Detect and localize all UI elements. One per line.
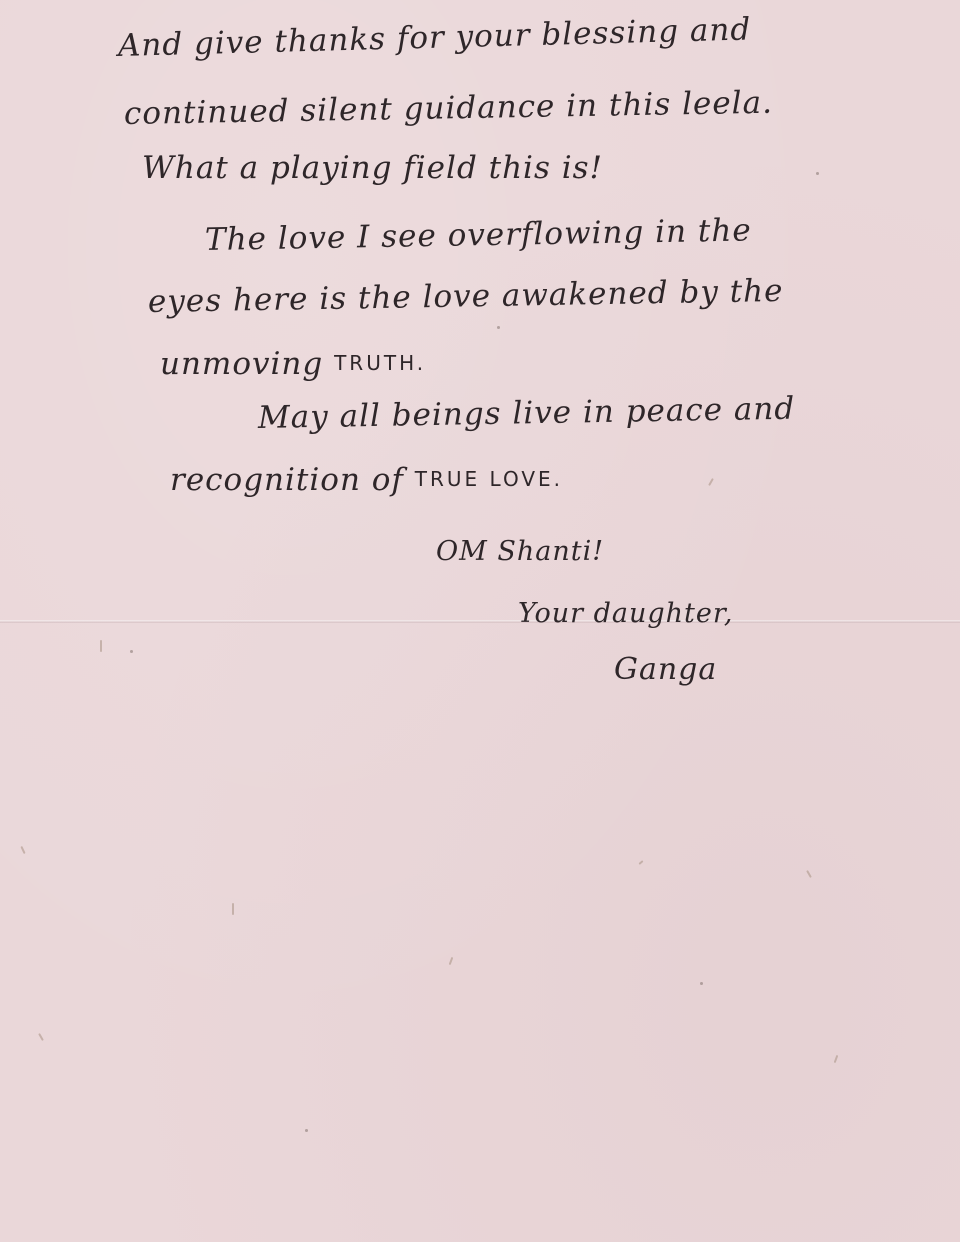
letter-word: recognition of bbox=[170, 462, 404, 498]
paper-fold-line bbox=[0, 620, 960, 623]
paper-dot bbox=[497, 326, 500, 329]
letter-line: What a playing field this is! bbox=[142, 150, 603, 186]
paper-speck bbox=[232, 903, 234, 915]
letter-line: And give thanks for your blessing and bbox=[118, 11, 752, 64]
paper-speck bbox=[20, 846, 25, 854]
letter-line: eyes here is the love awakened by the bbox=[148, 273, 784, 320]
letter-line: continued silent guidance in this leela. bbox=[124, 85, 773, 132]
paper-speck bbox=[708, 478, 714, 486]
letter-word: unmoving bbox=[160, 346, 323, 382]
closing-salutation: OM Shanti! bbox=[436, 536, 604, 567]
letter-line: May all beings live in peace and bbox=[258, 391, 796, 436]
paper-speck bbox=[100, 640, 102, 652]
paper-speck bbox=[834, 1055, 839, 1063]
paper-dot bbox=[305, 1129, 308, 1132]
paper-dot bbox=[700, 982, 703, 985]
signature: Ganga bbox=[614, 652, 717, 687]
letter-word-caps: TRUTH. bbox=[334, 351, 426, 375]
paper-speck bbox=[806, 870, 812, 878]
paper-dot bbox=[816, 172, 819, 175]
letter-line: unmoving TRUTH. bbox=[160, 346, 426, 382]
letter-word-caps: TRUE LOVE. bbox=[415, 467, 563, 491]
paper-dot bbox=[130, 650, 133, 653]
letter-line: The love I see overflowing in the bbox=[205, 212, 752, 258]
closing-valediction: Your daughter, bbox=[518, 598, 733, 629]
letter-page: And give thanks for your blessing and co… bbox=[0, 0, 960, 1242]
letter-line: recognition of TRUE LOVE. bbox=[170, 462, 563, 498]
paper-speck bbox=[38, 1033, 44, 1041]
paper-speck bbox=[638, 860, 643, 865]
paper-speck bbox=[449, 957, 454, 965]
